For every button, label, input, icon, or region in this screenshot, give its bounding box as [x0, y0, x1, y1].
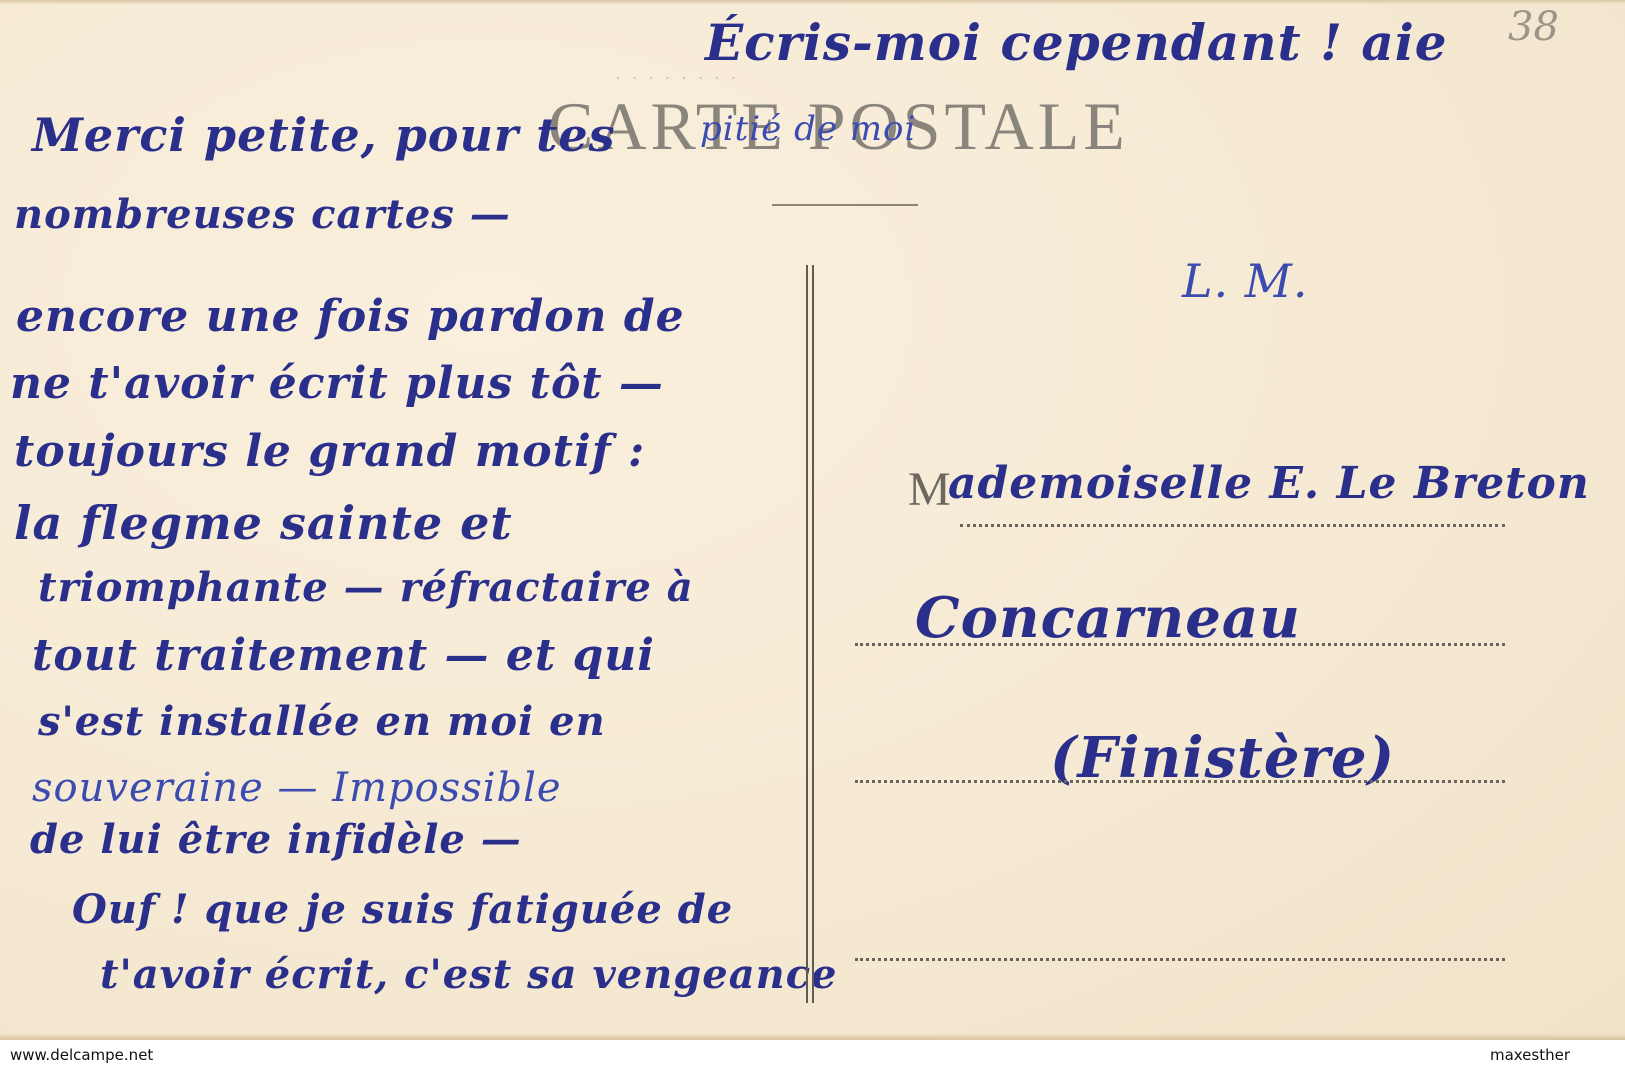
seller-watermark: maxesther [1490, 1046, 1570, 1064]
address-department: (Finistère) [1050, 730, 1395, 786]
header-handwriting-line2: pitié de moi [700, 112, 916, 146]
message-line: nombreuses cartes — [14, 195, 511, 235]
printed-address-prefix: M [908, 466, 951, 514]
address-line-1 [960, 524, 1505, 527]
card-top-edge [0, 0, 1625, 4]
address-line-3 [855, 780, 1505, 783]
message-line: encore une fois pardon de [16, 295, 685, 339]
message-line: triomphante — réfractaire à [38, 568, 694, 608]
pencil-annotation: 38 [1508, 4, 1559, 50]
message-line: souveraine — Impossible [32, 768, 562, 808]
address-line-2 [855, 643, 1505, 646]
message-line: s'est installée en moi en [38, 702, 606, 742]
address-line-4 [855, 958, 1505, 961]
postcard-back: 38 · · · · · · · · CARTE POSTALE Écris-m… [0, 0, 1625, 1040]
header-handwriting-line1: Écris-moi cependant ! aie [705, 18, 1448, 68]
address-recipient: ademoiselle E. Le Breton [948, 462, 1590, 506]
message-line: tout traitement — et qui [32, 634, 655, 678]
message-line: la flegme sainte et [14, 500, 513, 546]
site-watermark: www.delcampe.net [10, 1046, 153, 1064]
watermark-footer: www.delcampe.net maxesther [0, 1040, 1625, 1070]
message-line: toujours le grand motif : [14, 430, 645, 474]
message-line: ne t'avoir écrit plus tôt — [10, 362, 664, 406]
message-line: de lui être infidèle — [30, 820, 522, 860]
address-city: Concarneau [915, 590, 1301, 646]
message-line: Merci petite, pour tes [32, 112, 616, 158]
message-line: t'avoir écrit, c'est sa vengeance [100, 955, 838, 995]
vertical-divider [806, 265, 814, 1003]
message-line: Ouf ! que je suis fatiguée de [72, 890, 733, 930]
signature: L. M. [1182, 258, 1309, 304]
title-rule [772, 204, 918, 206]
